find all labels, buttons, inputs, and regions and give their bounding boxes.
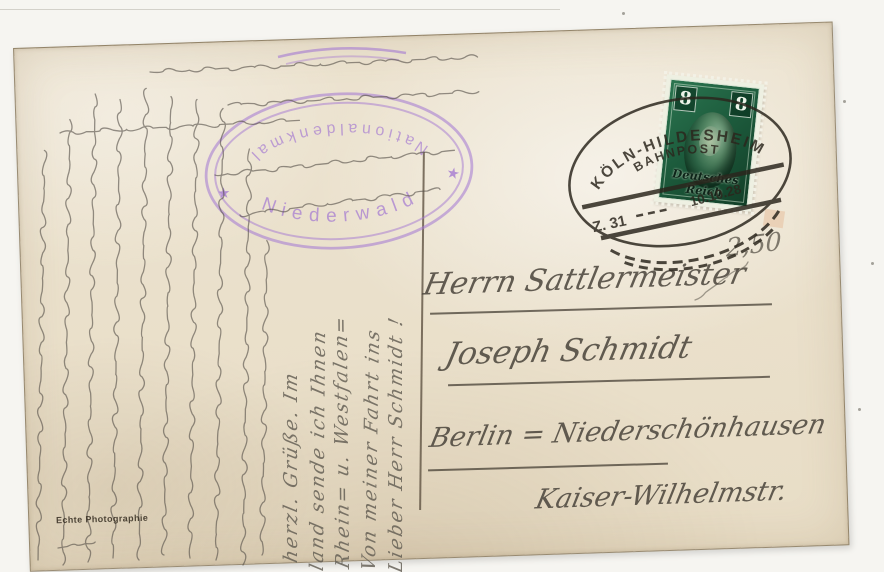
- postmark-dash: [636, 209, 669, 216]
- postcard-scan: Niederwald Nationaldenkmal ★ ★ Herrn Sat…: [0, 0, 884, 572]
- railway-postmark: KÖLN-HILDESHEIM BAHNPOST Z. 31 10.10.28: [0, 0, 884, 572]
